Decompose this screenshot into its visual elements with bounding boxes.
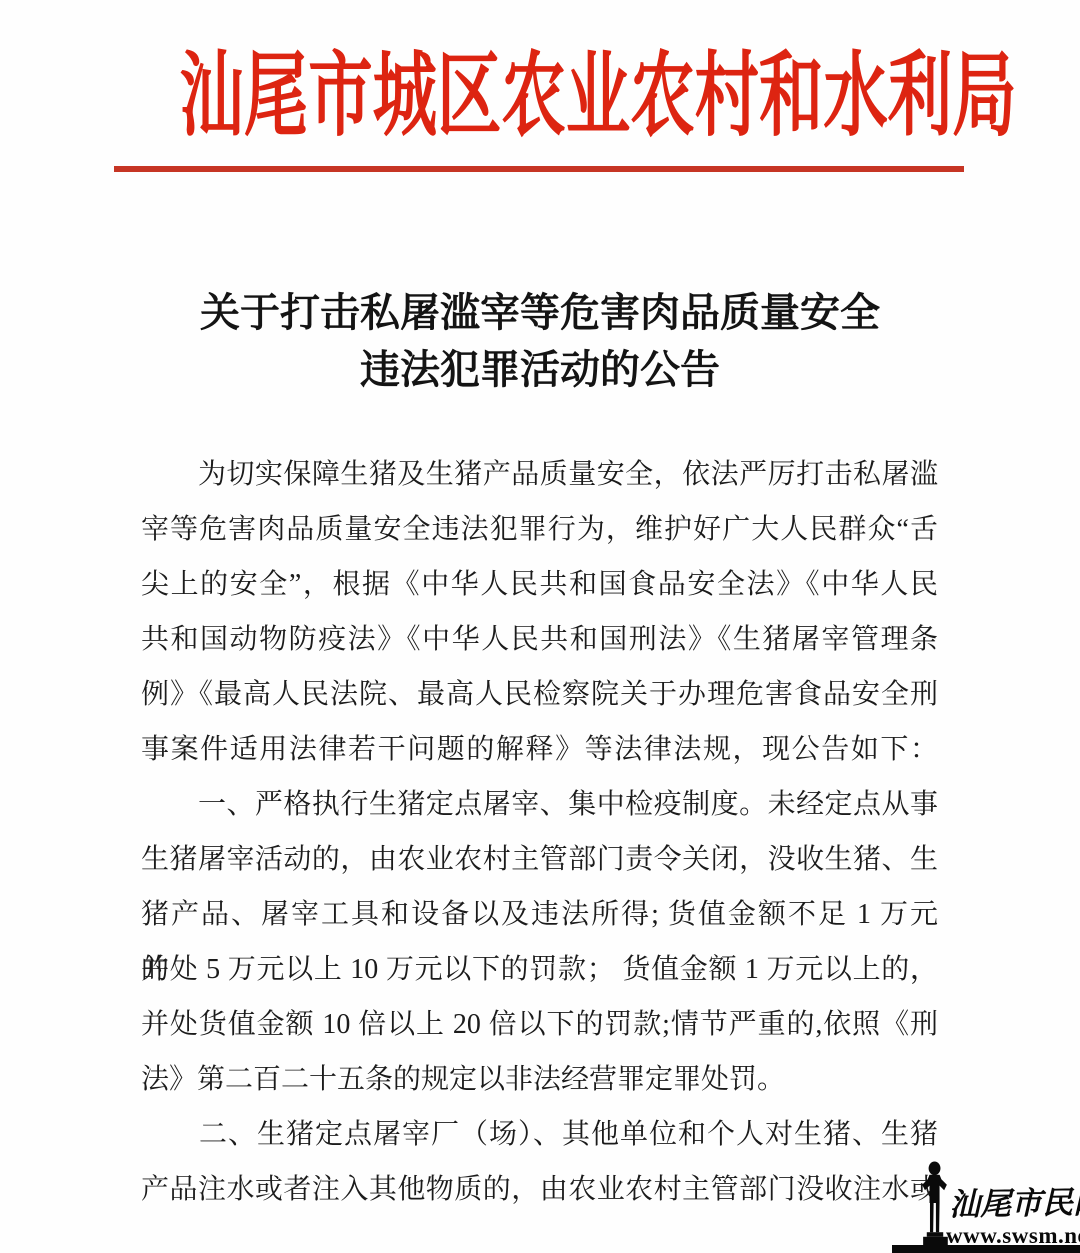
body-line: 共和国动物防疫法》《中华人民共和国刑法》《生猪屠宰管理条	[141, 612, 938, 667]
document-title-line2: 违法犯罪活动的公告	[0, 341, 1080, 398]
body-line: 一、严格执行生猪定点屠宰、集中检疫制度。未经定点从事	[141, 777, 938, 832]
watermark-underline-bar	[892, 1245, 1080, 1253]
body-line: 二、生猪定点屠宰厂（场）、其他单位和个人对生猪、生猪	[141, 1107, 938, 1162]
body-line: 生猪屠宰活动的，由农业农村主管部门责令关闭，没收生猪、生	[141, 832, 938, 887]
body-line: 并处 5 万元以上 10 万元以下的罚款； 货值金额 1 万元以上的，	[141, 942, 938, 997]
site-watermark: 汕尾市民网 www.swsm.net	[892, 1158, 1080, 1253]
body-line: 事案件适用法律若干问题的解释》等法律法规，现公告如下：	[141, 722, 938, 777]
body-line: 并处货值金额 10 倍以上 20 倍以下的罚款;情节严重的,依照《刑	[141, 997, 938, 1052]
document-body: 为切实保障生猪及生猪产品质量安全，依法严厉打击私屠滥 宰等危害肉品质量安全违法犯…	[141, 447, 938, 1217]
watermark-site-url: www.swsm.net	[946, 1224, 1080, 1247]
document-title: 关于打击私屠滥宰等危害肉品质量安全 违法犯罪活动的公告	[0, 284, 1080, 398]
body-line: 例》《最高人民法院、最高人民检察院关于办理危害食品安全刑	[141, 667, 938, 722]
body-line: 猪产品、屠宰工具和设备以及违法所得; 货值金额不足 1 万元的，	[141, 887, 938, 942]
letterhead-org-name: 汕尾市城区农业农村和水利局	[0, 50, 1080, 142]
body-line: 尖上的安全”，根据《中华人民共和国食品安全法》《中华人民	[141, 557, 938, 612]
watermark-site-name: 汕尾市民网	[949, 1187, 1080, 1220]
scanned-announcement-page: 汕尾市城区农业农村和水利局 关于打击私屠滥宰等危害肉品质量安全 违法犯罪活动的公…	[0, 0, 1080, 1253]
letterhead-rule	[114, 166, 964, 172]
body-line: 法》第二百二十五条的规定以非法经营罪定罪处罚。	[141, 1052, 938, 1107]
body-line: 为切实保障生猪及生猪产品质量安全，依法严厉打击私屠滥	[141, 447, 938, 502]
document-title-line1: 关于打击私屠滥宰等危害肉品质量安全	[0, 284, 1080, 341]
body-line: 产品注水或者注入其他物质的，由农业农村主管部门没收注水或	[141, 1162, 938, 1217]
body-line: 宰等危害肉品质量安全违法犯罪行为，维护好广大人民群众“舌	[141, 502, 938, 557]
